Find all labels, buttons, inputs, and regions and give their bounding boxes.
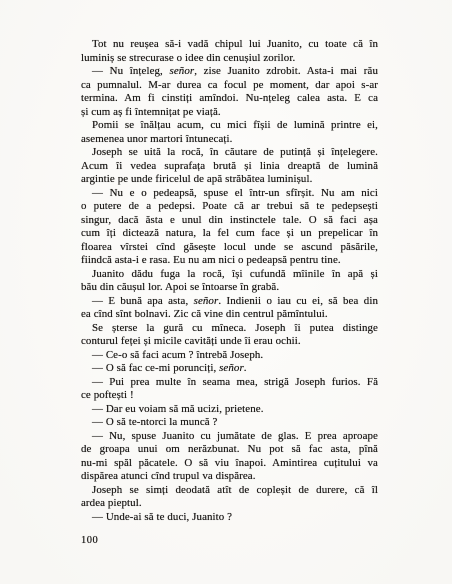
book-page: Tot nu reușea să-i vadă chipul lui Juani… <box>0 0 452 584</box>
text-line: — Dar eu voiam să mă ucizi, prietene. <box>81 403 378 417</box>
text-line: asemenea unor martori întunecați. <box>81 133 378 147</box>
text-line: — O să fac ce-mi porunciți, señor. <box>81 362 378 376</box>
text-line: termina. Am fi cinstiți amîndoi. Nu-nțel… <box>81 92 378 106</box>
text-line: Se șterse la gură cu mîneca. Joseph îi p… <box>81 322 378 336</box>
text-line: Juanito dădu fuga la rocă, își cufundă m… <box>81 268 378 282</box>
text-line: — Nu e o pedeapsă, spuse el într-un sfîr… <box>81 187 378 201</box>
text-line: — Nu înțeleg, señor, zise Juanito zdrobi… <box>81 65 378 79</box>
text-line: argintie pe unde firicelul de apă străbă… <box>81 173 378 187</box>
text-line: luminiș se strecurase o idee din cenușiu… <box>81 52 378 66</box>
body-text: Tot nu reușea să-i vadă chipul lui Juani… <box>81 38 378 524</box>
text-line: singur, dacă ăsta e unul din instinctele… <box>81 214 378 228</box>
text-line: — E bună apa asta, señor. Indienii o iau… <box>81 295 378 309</box>
text-line: ca pumnalul. M-ar durea ca focul pe mome… <box>81 79 378 93</box>
text-line: conturul feței și micile cavități unde î… <box>81 335 378 349</box>
text-line: ardea pieptul. <box>81 497 378 511</box>
text-line: Pomii se înălțau acum, cu mici fîșii de … <box>81 119 378 133</box>
text-line: floarea vîrstei cînd găsește locul unde … <box>81 241 378 255</box>
text-line: o putere de a pedepsi. Poate că ar trebu… <box>81 200 378 214</box>
text-line: cum îți dictează natura, la fel cum face… <box>81 227 378 241</box>
text-line: — Pui prea multe în seama mea, strigă Jo… <box>81 376 378 390</box>
text-line: — Ce-o să faci acum ? întrebă Joseph. <box>81 349 378 363</box>
text-line: nu-mi spăl păcatele. O să viu înapoi. Am… <box>81 457 378 471</box>
text-line: — Unde-ai să te duci, Juanito ? <box>81 511 378 525</box>
text-line: fiindcă asta-i e rasa. Eu nu am nici o p… <box>81 254 378 268</box>
text-line: Tot nu reușea să-i vadă chipul lui Juani… <box>81 38 378 52</box>
text-line: și cum aș fi întemnițat pe viață. <box>81 106 378 120</box>
text-line: ce poftești ! <box>81 389 378 403</box>
text-line: bău din căușul lor. Apoi se întoarse în … <box>81 281 378 295</box>
text-line: dispărea atunci cînd trupul va dispărea. <box>81 470 378 484</box>
text-line: Joseph se simți deodată atît de copleșit… <box>81 484 378 498</box>
text-line: Acum îi vedea suprafața brută și linia d… <box>81 160 378 174</box>
page-number: 100 <box>81 534 98 547</box>
text-line: — Nu, spuse Juanito cu jumătate de glas.… <box>81 430 378 444</box>
text-line: ea cînd sînt bolnavi. Zic că vine din ce… <box>81 308 378 322</box>
text-line: Joseph se uită la rocă, în căutare de pu… <box>81 146 378 160</box>
text-line: de groapa unui om nerăzbunat. Nu pot să … <box>81 443 378 457</box>
text-line: — O să te-ntorci la muncă ? <box>81 416 378 430</box>
